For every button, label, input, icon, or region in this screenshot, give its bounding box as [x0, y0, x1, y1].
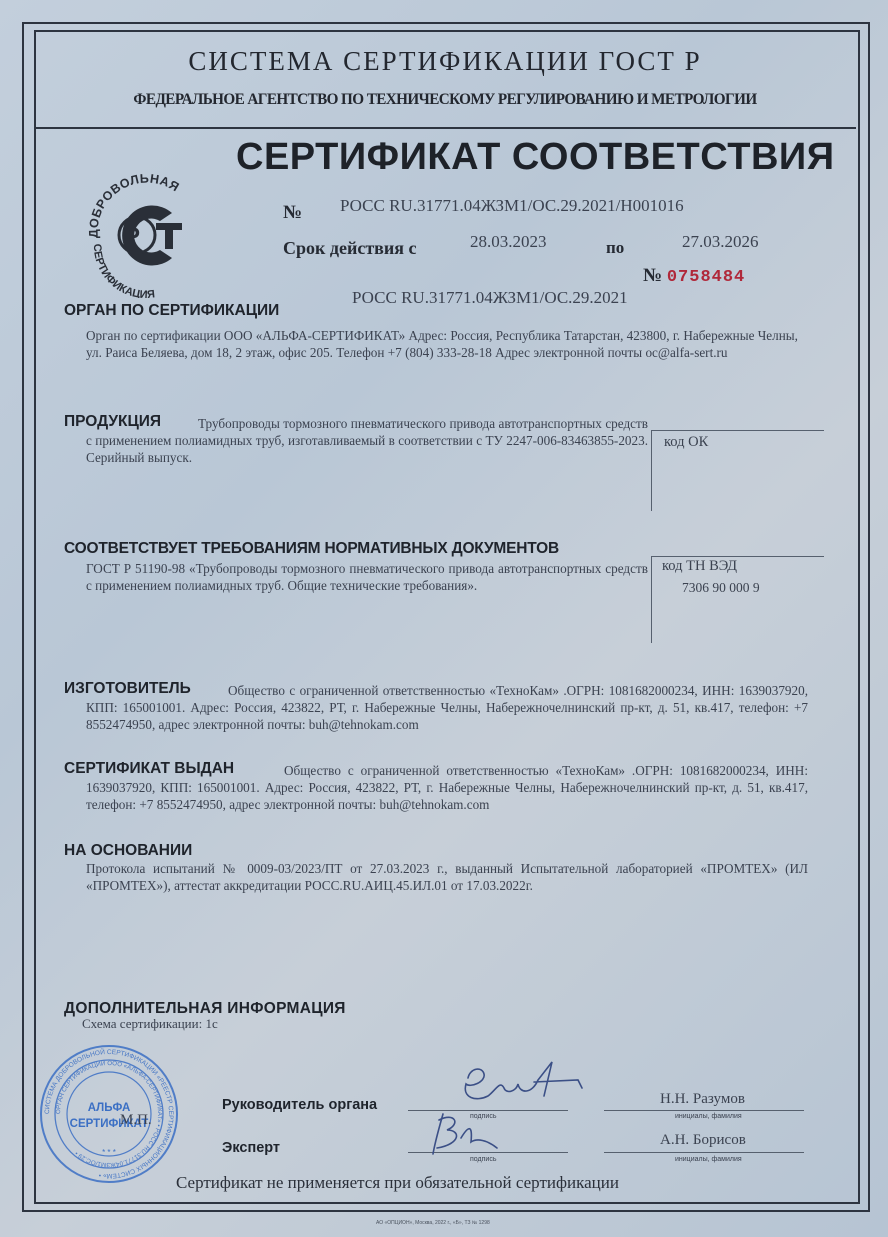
ok-code-box: код ОК	[651, 430, 824, 511]
manufacturer-text: Общество с ограниченной ответственностью…	[86, 682, 808, 733]
expert-signature-icon	[425, 1108, 505, 1160]
svg-text:* * *: * * *	[102, 1148, 116, 1157]
organ-title: ОРГАН ПО СЕРТИФИКАЦИИ	[64, 302, 279, 320]
additional-info-text: Схема сертификации: 1с	[82, 1016, 218, 1032]
valid-from: 28.03.2023	[470, 232, 547, 252]
ok-code-label: код ОК	[664, 434, 708, 451]
tn-ved-value: 7306 90 000 9	[682, 580, 760, 596]
header-divider	[34, 127, 856, 129]
blank-number-value: 0758484	[667, 268, 745, 287]
valid-to: 27.03.2026	[682, 232, 759, 252]
certificate-number: РОСС RU.31771.04ЖЗМ1/ОС.29.2021/Н001016	[340, 196, 684, 216]
blank-number: № 0758484	[643, 265, 745, 287]
tn-ved-box: код ТН ВЭД 7306 90 000 9	[651, 556, 824, 643]
organ-text: Орган по сертификации ООО «АЛЬФА-СЕРТИФИ…	[86, 327, 808, 361]
expert-name-caption: инициалы, фамилия	[675, 1156, 742, 1163]
head-label: Руководитель органа	[222, 1097, 377, 1113]
printer-imprint: АО «ОПЦИОН», Москва, 2022 г., «Б», ТЗ № …	[376, 1220, 490, 1226]
expert-name: А.Н. Борисов	[660, 1132, 746, 1149]
seal-stamp-icon: СИСТЕМА ДОБРОВОЛЬНОЙ СЕРТИФИКАЦИИ «РЕЕСТ…	[38, 1043, 180, 1185]
basis-text: Протокола испытаний № 0009-03/2023/ПТ от…	[86, 860, 808, 894]
valid-to-label: по	[606, 238, 624, 258]
document-title: СЕРТИФИКАТ СООТВЕТСТВИЯ	[236, 136, 835, 179]
expert-name-line	[604, 1152, 804, 1153]
validity-label: Срок действия с	[283, 238, 417, 259]
system-heading: СИСТЕМА СЕРТИФИКАЦИИ ГОСТ Р	[34, 46, 856, 77]
head-name-caption: инициалы, фамилия	[675, 1113, 742, 1120]
requirements-text: ГОСТ Р 51190-98 «Трубопроводы тормозного…	[86, 560, 648, 594]
gost-r-mark-icon: ДОБРОВОЛЬНАЯ СЕРТИФИКАЦИЯ P	[80, 168, 210, 298]
blank-number-label: №	[643, 265, 662, 286]
head-name-line	[604, 1110, 804, 1111]
certificate-number-label: №	[283, 202, 302, 224]
basis-title: НА ОСНОВАНИИ	[64, 842, 192, 860]
svg-text:P: P	[124, 223, 140, 250]
expert-label: Эксперт	[222, 1140, 280, 1156]
organ-code: РОСС RU.31771.04ЖЗМ1/ОС.29.2021	[352, 288, 628, 308]
requirements-title: СООТВЕТСТВУЕТ ТРЕБОВАНИЯМ НОРМАТИВНЫХ ДО…	[64, 540, 559, 558]
issued-to-text: Общество с ограниченной ответственностью…	[86, 762, 808, 813]
product-text: Трубопроводы тормозного пневматического …	[86, 415, 648, 466]
seal-place-label: М.П.	[120, 1112, 152, 1129]
head-name: Н.Н. Разумов	[660, 1091, 745, 1108]
agency-heading: ФЕДЕРАЛЬНОЕ АГЕНТСТВО ПО ТЕХНИЧЕСКОМУ РЕ…	[42, 91, 848, 109]
tn-ved-label: код ТН ВЭД	[662, 558, 737, 575]
footer-note: Сертификат не применяется при обязательн…	[176, 1173, 619, 1193]
